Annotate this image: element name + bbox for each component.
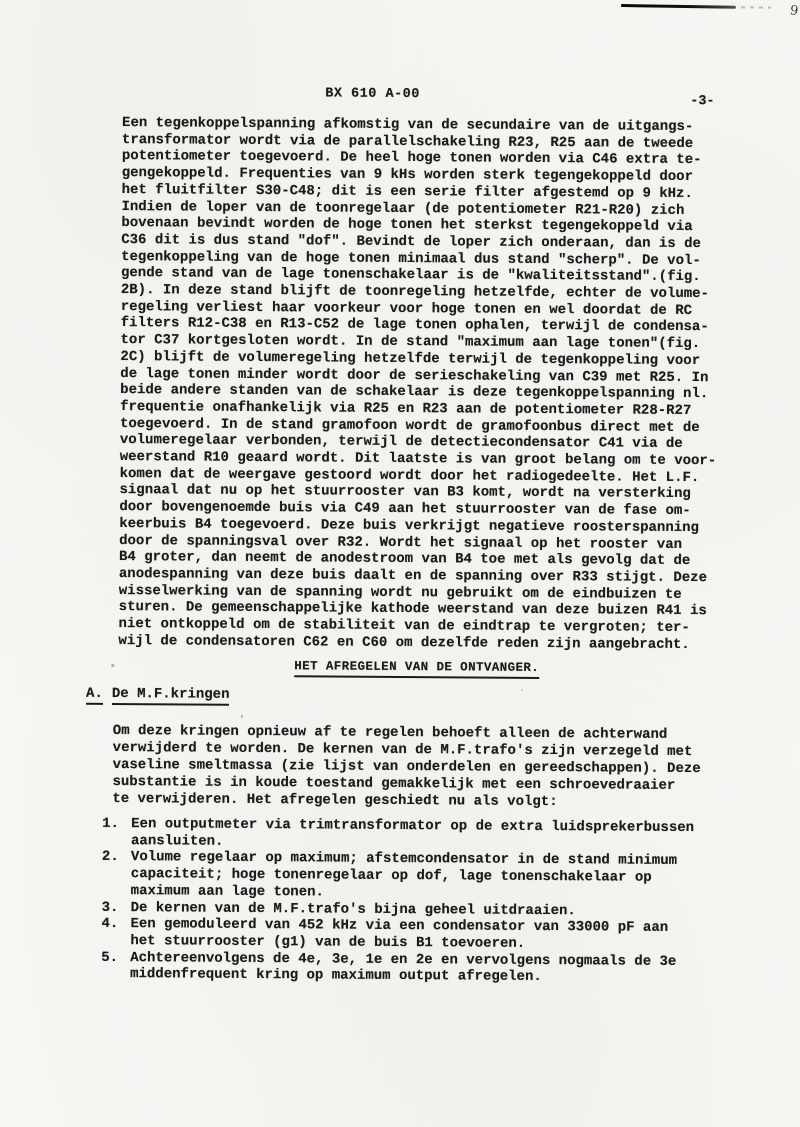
- list-item: 2. Volume regelaar op maximum; afstemcon…: [102, 849, 762, 904]
- step-number: 2.: [102, 849, 131, 866]
- scan-speck-artifact: [111, 664, 114, 667]
- step-text: Een gemoduleerd van 452 kHz via een cond…: [130, 916, 761, 954]
- step-text: Een outputmeter via trimtransformator op…: [131, 816, 762, 854]
- subsection-letter: A.: [86, 686, 103, 705]
- step-number: 5.: [101, 950, 130, 967]
- scanned-document-page: 9 BX 610 A-00 -3- Een tegenkoppelspannin…: [0, 0, 800, 1127]
- step-number: 1.: [102, 816, 131, 833]
- body-paragraph: Een tegenkoppelspanning afkomstig van de…: [118, 115, 762, 654]
- section-heading: HET AFREGELEN VAN DE ONTVANGER.: [294, 659, 539, 679]
- document-number: BX 610 A-00: [325, 86, 420, 102]
- scan-speck-artifact: [521, 689, 523, 691]
- step-text: Achtereenvolgens de 4e, 3e, 1e en 2e en …: [130, 950, 761, 988]
- subsection-heading: A.De M.F.kringen: [86, 686, 230, 706]
- handwritten-corner-mark: 9: [789, 3, 800, 19]
- page-number: -3-: [690, 94, 714, 109]
- list-item: 4. Een gemoduleerd van 452 kHz via een c…: [101, 916, 761, 954]
- step-text: Volume regelaar op maximum; afstemconden…: [131, 850, 762, 905]
- procedure-step-list: 1. Een outputmeter via trimtransformator…: [101, 816, 762, 988]
- procedure-intro-paragraph: Om deze kringen opnieuw af te regelen be…: [112, 723, 753, 812]
- step-number: 3.: [102, 899, 131, 916]
- scan-dash-artifact: [741, 6, 771, 8]
- list-item: 5. Achtereenvolgens de 4e, 3e, 1e en 2e …: [101, 950, 761, 988]
- document-sheet: 9 BX 610 A-00 -3- Een tegenkoppelspannin…: [0, 0, 800, 1127]
- step-number: 4.: [101, 916, 130, 933]
- subsection-title: De M.F.kringen: [112, 686, 230, 706]
- list-item: 1. Een outputmeter via trimtransformator…: [102, 816, 762, 854]
- scan-edge-line-artifact: [621, 4, 736, 9]
- scan-speck-artifact: [241, 715, 243, 718]
